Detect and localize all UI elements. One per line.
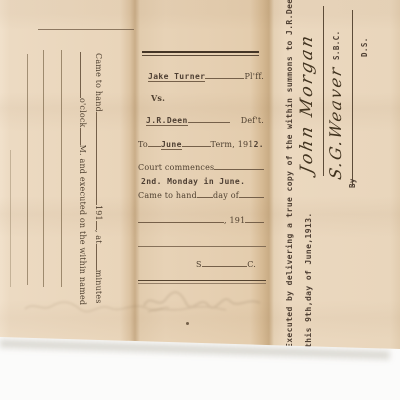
sheriff-title: S.B.C. — [331, 31, 343, 61]
executed-date-text: this 9th,day of June,1913. — [304, 212, 313, 348]
term-year-digit: 2. — [254, 140, 264, 149]
blank — [188, 115, 230, 123]
rule — [38, 29, 134, 30]
blank-line — [10, 150, 11, 287]
double-rule — [138, 280, 266, 281]
by-text: By — [348, 178, 357, 188]
double-rule-bottom — [142, 55, 259, 56]
term-label: Term, 191 — [211, 140, 254, 149]
blank — [148, 139, 161, 147]
executed-text: Executed by delivering a true copy of th… — [285, 0, 294, 348]
year-label: 191 — [94, 205, 103, 221]
plaintiff-row: Jake TurnerPl'ff. — [138, 71, 264, 82]
blank — [80, 128, 88, 145]
date-blank-row: , 191 — [138, 215, 264, 225]
defendant-abbr: Def't. — [241, 116, 264, 125]
plaintiff-name: Jake Turner — [148, 72, 205, 82]
court-date-row: 2nd. Monday in June. — [138, 177, 264, 186]
day-of-label: day of — [213, 191, 239, 200]
blank — [182, 139, 211, 147]
plaintiff-abbr: Pl'ff. — [244, 72, 264, 81]
blank — [96, 221, 104, 230]
executed-on-label: M. and executed on the within named — [78, 145, 87, 306]
defendant-name: J.R.Deen — [146, 116, 188, 126]
blank — [214, 162, 264, 170]
blank — [96, 112, 104, 205]
summons-paper: Came to hand191, atminutes o'clockM. and… — [0, 0, 400, 352]
signature-name: S.G.Weaver — [326, 64, 345, 181]
double-rule-top — [142, 51, 259, 53]
document-scan: Came to hand191, atminutes o'clockM. and… — [0, 0, 400, 400]
ink-dot — [186, 322, 189, 325]
signature-line — [323, 6, 324, 176]
rule — [138, 246, 266, 247]
versus-row: Vs. — [138, 93, 264, 103]
signature-name: John Morgan — [297, 32, 317, 176]
by-label: By — [347, 178, 359, 188]
term-row: ToJuneTerm, 1912. — [138, 139, 264, 150]
came-to-hand-row: Came to handday of — [138, 190, 264, 200]
blank — [197, 190, 213, 198]
signature-line — [352, 10, 353, 186]
blank-line — [27, 54, 28, 285]
blank — [205, 71, 244, 79]
blank — [80, 52, 88, 98]
double-rule — [138, 283, 266, 284]
blank-line — [61, 50, 62, 287]
at-label: , at — [94, 230, 103, 244]
blank — [138, 215, 224, 223]
court-date: 2nd. Monday in June. — [141, 177, 245, 186]
executed-statement-line-1: Executed by delivering a true copy of th… — [284, 0, 296, 348]
sc-row: SC. — [196, 259, 256, 269]
blank-line — [43, 50, 44, 287]
return-line-1: Came to hand191, atminutes — [92, 53, 105, 304]
deputy-title: D.S. — [359, 37, 371, 57]
came-to-hand-label: Came to hand — [94, 53, 103, 112]
year-label: , 191 — [224, 216, 245, 225]
defendant-row: J.R.DeenDef't. — [138, 115, 264, 126]
blank — [96, 244, 104, 270]
to-label: To — [138, 140, 148, 149]
signature-deputy: S.G.Weaver — [330, 65, 342, 181]
bleedthrough-ghost — [140, 286, 266, 314]
court-commences-label: Court commences — [138, 163, 214, 172]
blank — [245, 215, 264, 223]
blank — [202, 259, 248, 267]
title-text: S.B.C. — [332, 31, 341, 61]
c-label: C. — [247, 260, 256, 269]
versus-label: Vs. — [151, 93, 165, 103]
came-to-hand-label: Came to hand — [138, 191, 197, 200]
oclock-label: o'clock — [78, 98, 87, 128]
title-text: D.S. — [360, 37, 369, 57]
signature-sheriff: John Morgan — [301, 32, 313, 174]
return-line-2: o'clockM. and executed on the within nam… — [76, 52, 89, 305]
executed-statement-line-2: this 9th,day of June,1913. — [303, 212, 315, 348]
blank — [239, 190, 264, 198]
term-month: June — [161, 140, 182, 150]
court-commences-row: Court commences — [138, 162, 264, 172]
